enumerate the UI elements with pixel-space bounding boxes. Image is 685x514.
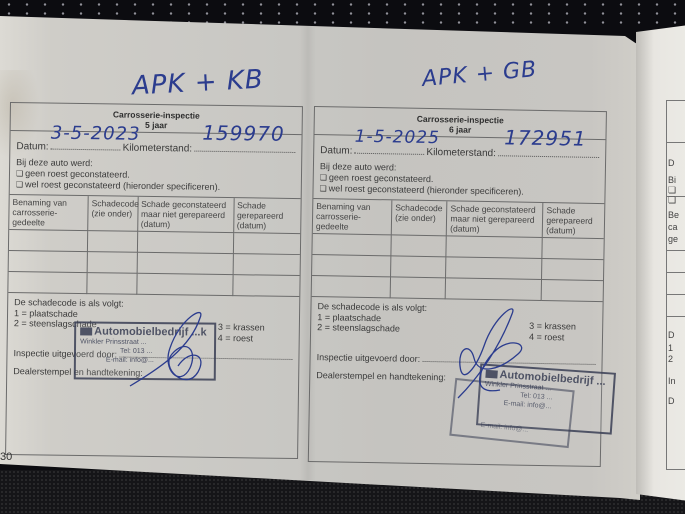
stamp-email: E-mail: info@... bbox=[456, 418, 564, 438]
table-cell[interactable] bbox=[137, 252, 233, 274]
signature-left bbox=[120, 308, 220, 398]
table-cell[interactable] bbox=[542, 238, 603, 260]
column-header: Schadecode (zie onder) bbox=[391, 200, 447, 235]
inspected-by-label: Inspectie uitgevoerd door: bbox=[317, 352, 421, 364]
next-page-fragment: Be bbox=[668, 210, 679, 220]
table-cell[interactable] bbox=[312, 275, 391, 297]
next-page-fragment: 2 bbox=[668, 354, 673, 364]
checkbox-no-rust-label: geen roest geconstateerd. bbox=[329, 172, 434, 184]
next-page-fragment: ge bbox=[668, 234, 678, 244]
table-cell[interactable] bbox=[87, 252, 137, 274]
table-cell[interactable] bbox=[9, 230, 88, 252]
code-4: 4 = roest bbox=[218, 332, 265, 343]
table-cell[interactable] bbox=[390, 277, 446, 299]
odometer-value: 172951 bbox=[504, 132, 587, 144]
column-header: Schadecode (zie onder) bbox=[88, 196, 138, 231]
rust-section: Bij deze auto werd: geen roest geconstat… bbox=[10, 153, 302, 199]
stamp-logo-icon bbox=[80, 328, 92, 336]
table-cell[interactable] bbox=[446, 236, 542, 259]
next-page-divider bbox=[666, 294, 685, 295]
table-cell[interactable] bbox=[137, 231, 233, 253]
next-page-divider bbox=[666, 250, 685, 251]
table-cell[interactable] bbox=[541, 280, 602, 302]
table-cell[interactable] bbox=[542, 259, 603, 281]
column-header: Benaming van carrosserie-gedeelte bbox=[9, 195, 88, 231]
table-cell[interactable] bbox=[136, 273, 232, 295]
table-cell[interactable] bbox=[9, 250, 88, 272]
code-3: 3 = krassen bbox=[218, 322, 265, 333]
column-header: Benaming van carrosserie-gedeelte bbox=[313, 199, 392, 235]
column-header: Schade geconstateerd maar niet gereparee… bbox=[137, 197, 233, 233]
date-label: Datum: bbox=[320, 145, 352, 157]
next-page-divider bbox=[666, 316, 685, 317]
table-cell[interactable] bbox=[446, 257, 542, 280]
checkbox-no-rust-label: geen roest geconstateerd. bbox=[25, 168, 130, 179]
next-page-form-edge bbox=[666, 100, 685, 470]
table-cell[interactable] bbox=[233, 254, 300, 276]
next-page-fragment: Bi bbox=[668, 175, 676, 185]
table-cell[interactable] bbox=[87, 273, 137, 295]
damage-table: Benaming van carrosserie-gedeelte Schade… bbox=[8, 195, 300, 297]
checkbox-rust-label: wel roest geconstateerd (hieronder speci… bbox=[329, 183, 524, 196]
date-value: 1-5-2025 bbox=[355, 132, 440, 144]
table-cell[interactable] bbox=[8, 271, 87, 293]
next-page-fragment: 1 bbox=[668, 343, 673, 353]
next-page-divider bbox=[666, 272, 685, 273]
odometer-field[interactable]: 172951 bbox=[498, 146, 599, 158]
next-page-fragment: In bbox=[668, 376, 676, 386]
damage-table: Benaming van carrosserie-gedeelte Schade… bbox=[312, 199, 605, 302]
table-cell[interactable] bbox=[312, 233, 391, 255]
column-header: Schade gerepareerd (datum) bbox=[233, 198, 300, 233]
table-cell[interactable] bbox=[391, 235, 447, 257]
date-label: Datum: bbox=[16, 141, 48, 152]
odometer-field[interactable]: 159970 bbox=[194, 142, 295, 153]
inspection-form-5-years: Carrosserie-inspectie 5 jaar Datum: 3-5-… bbox=[5, 102, 303, 459]
odometer-label: Kilometerstand: bbox=[426, 147, 496, 159]
table-cell[interactable] bbox=[232, 275, 299, 297]
date-value: 3-5-2023 bbox=[51, 128, 141, 140]
next-page-fragment: ❏ bbox=[668, 195, 676, 206]
table-header-row: Benaming van carrosserie-gedeelte Schade… bbox=[9, 195, 300, 234]
rust-section: Bij deze auto werd: geen roest geconstat… bbox=[313, 157, 605, 204]
next-page-fragment: D bbox=[668, 330, 675, 340]
checkbox-rust-label: wel roest geconstateerd (hieronder speci… bbox=[25, 179, 220, 192]
next-page-fragment: D bbox=[668, 158, 675, 168]
signature-right bbox=[440, 306, 550, 406]
table-cell[interactable] bbox=[445, 278, 541, 301]
table-cell[interactable] bbox=[312, 254, 391, 276]
codes-right: 3 = krassen 4 = roest bbox=[218, 322, 265, 344]
table-header-row: Benaming van carrosserie-gedeelte Schade… bbox=[313, 199, 605, 239]
date-field[interactable]: 3-5-2023 bbox=[51, 140, 121, 151]
table-cell[interactable] bbox=[87, 231, 137, 253]
page-number: 30 bbox=[0, 451, 12, 463]
column-header: Schade geconstateerd maar niet gereparee… bbox=[447, 201, 544, 237]
next-page-fragment: ca bbox=[668, 222, 678, 232]
next-page-divider bbox=[666, 142, 685, 143]
table-cell[interactable] bbox=[391, 256, 447, 278]
column-header: Schade gerepareerd (datum) bbox=[543, 203, 605, 239]
table-cell[interactable] bbox=[233, 233, 300, 255]
date-field[interactable]: 1-5-2025 bbox=[354, 144, 424, 155]
next-page-fragment: D bbox=[668, 396, 675, 406]
odometer-value: 159970 bbox=[202, 128, 285, 140]
